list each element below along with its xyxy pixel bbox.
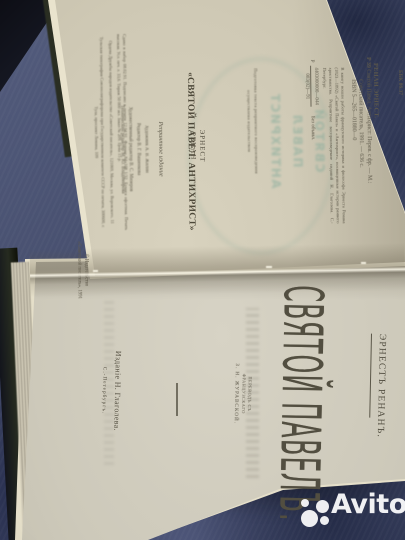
bbk-code: ББК 86.37: [396, 70, 404, 110]
credit-line: Редактор В. Г. Вашенкова: [133, 90, 142, 208]
reprint-note: Подготовка текста репринтного воспроизве…: [244, 57, 260, 185]
translation-note: ПЕРЕВОДЪ СЪ ФРАНЦУЗСКАГО: [240, 360, 253, 428]
annotation: В книгу вошли работы французского истори…: [322, 67, 348, 223]
catalog-author: РЕНАН ЭРНЕСТ.: [371, 63, 381, 223]
page-edge-speck: [266, 266, 272, 268]
print-info-block: Сдано в набор 08.02.91. Подписано к печа…: [93, 34, 129, 230]
credit-line: Художник А. В. Жилин: [141, 90, 150, 208]
catalog-index: Р 4403000000—044 083(02)—91 Без объявл.: [302, 60, 320, 224]
title-page-rule: [176, 383, 178, 416]
print-info-line: Сдано в набор 08.02.91. Подписано к печа…: [116, 34, 129, 230]
title-page-author: ЭРНЕСТЪ РЕНАНЪ.: [369, 334, 388, 418]
avito-watermark-label: Avito: [331, 489, 405, 520]
reprint-title: «СВЯТОЙ ПАВЕЛ. АНТИХРИСТ»: [184, 72, 198, 220]
page-edge-speck: [93, 270, 98, 272]
page-gutter-crease: [30, 243, 405, 298]
publisher-city: С.-Петербургъ.: [99, 350, 107, 432]
book-photo: ЭРНЕСТЪ РЕНАНЪ. СВЯТОЙ ПАВЕЛЪ. ПЕРЕВОДЪ …: [0, 0, 405, 540]
publisher-block: Изданіе Н. Глаголева. С.-Петербургъ.: [99, 350, 123, 432]
translator-name: З. Н. ЖУРАВСКОЙ.: [232, 360, 240, 428]
avito-watermark: Avito: [291, 487, 405, 537]
translator-block: ПЕРЕВОДЪ СЪ ФРАНЦУЗСКАГО З. Н. ЖУРАВСКОЙ…: [232, 360, 253, 428]
catalog-card: РЕНАН ЭРНЕСТ. Р 39 Святой Павел. Антихри…: [302, 57, 380, 224]
print-info-line: Ордена Дружбы народов издательство «Сове…: [107, 34, 115, 230]
publisher-name: Изданіе Н. Глаголева.: [111, 350, 123, 432]
page-edge-speck: [361, 262, 366, 264]
edition-note: Репринтное издание: [156, 118, 165, 180]
print-info-line: Тульская типография Союзполиграфпрома пр…: [93, 34, 106, 230]
